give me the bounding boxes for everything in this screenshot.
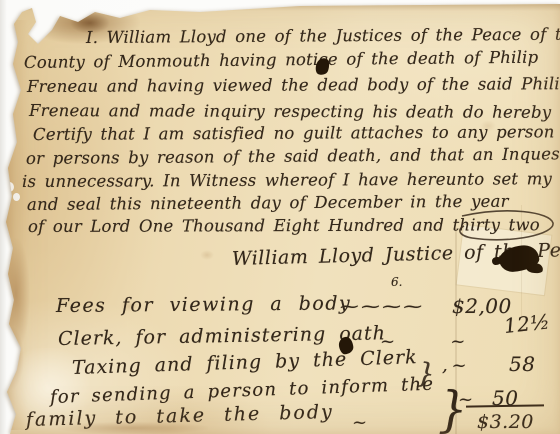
fee-item-amount: 58 bbox=[509, 352, 535, 376]
ink-blot-signature-tail bbox=[525, 262, 543, 275]
manuscript-line: County of Monmouth having notice of the … bbox=[24, 48, 538, 72]
manuscript-line: I. William Lloyd one of the Justices of … bbox=[86, 25, 560, 47]
foxing-spot bbox=[200, 250, 214, 260]
left-bottom-stain bbox=[0, 326, 24, 390]
manuscript-page: I. William Lloyd one of the Justices of … bbox=[0, 0, 560, 434]
signature-mark: 6. bbox=[391, 275, 402, 289]
manuscript-line: Freneau and having viewed the dead body … bbox=[27, 74, 560, 96]
top-edge-shade bbox=[12, 4, 560, 11]
left-mid-stain bbox=[2, 238, 30, 350]
manuscript-line: or persons by reason of the said death, … bbox=[26, 144, 560, 168]
manuscript-line: Certify that I am satisfied no guilt att… bbox=[33, 122, 555, 144]
fee-item-amount: 12½ bbox=[503, 309, 552, 338]
ink-dash: ~ bbox=[458, 389, 472, 410]
fee-item-amount: 50 bbox=[492, 386, 518, 410]
scan-background: I. William Lloyd one of the Justices of … bbox=[0, 0, 560, 434]
scanned-manuscript-screenshot: { "manuscript": { "body_lines": [ "I. Wi… bbox=[0, 0, 560, 434]
manuscript-line: Freneau and made inquiry respecting his … bbox=[29, 101, 551, 122]
ink-dash: , ~ bbox=[442, 355, 466, 376]
fee-item-label: Taxing and filing by the Clerk bbox=[72, 346, 418, 379]
paper-hole bbox=[13, 193, 20, 201]
fee-total: $3.20 bbox=[477, 411, 534, 433]
fee-item-label: Clerk, for administering oath bbox=[58, 322, 386, 350]
ink-blot-spur bbox=[492, 257, 501, 265]
left-edge-stain bbox=[0, 20, 28, 430]
manuscript-line: is unnecessary. In Witness whereof I hav… bbox=[22, 169, 560, 191]
ink-dash: ~~~~ bbox=[338, 296, 422, 317]
paper-hole bbox=[5, 182, 14, 192]
fee-item-label: Fees for viewing a body bbox=[56, 292, 351, 317]
ink-dash: ~ bbox=[352, 412, 366, 433]
